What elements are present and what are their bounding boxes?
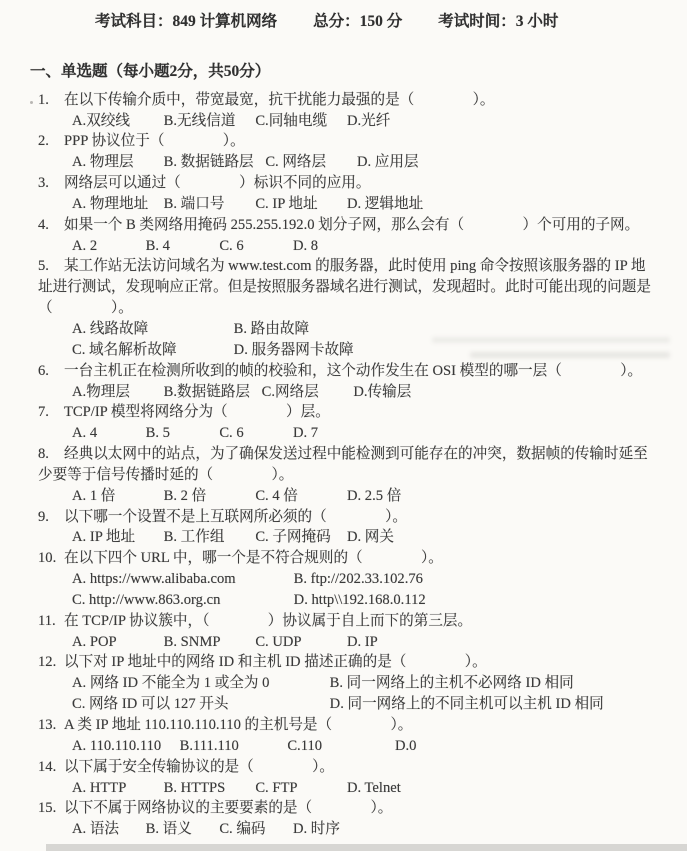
options-row: A. 4 B. 5 C. 6 D. 7 bbox=[72, 423, 687, 444]
options-row: A. 110.110.110 B.111.110 C.110 D.0 bbox=[72, 736, 687, 757]
option-a: A. 1 倍 bbox=[72, 486, 152, 507]
question-text: 某工作站无法访问域名为 www.test.com 的服务器，此时使用 ping … bbox=[38, 258, 651, 316]
option-c: C. 网络层 bbox=[265, 152, 345, 173]
question-number: 4. bbox=[38, 215, 64, 236]
option-a: A. IP 地址 bbox=[72, 527, 152, 548]
option-b: B. 数据链路层 bbox=[164, 152, 254, 173]
question-stem: 14.以下属于安全传输协议的是（ ）。 bbox=[38, 757, 659, 778]
options-row: A. https://www.alibaba.com B. ftp://202.… bbox=[72, 569, 687, 590]
option-d: D. IP bbox=[347, 632, 378, 653]
option-a: A. HTTP bbox=[72, 778, 152, 799]
exam-page: 考试科目：849 计算机网络 总分：150 分 考试时间：3 小时 一、单选题（… bbox=[0, 0, 687, 851]
question-text: 以下对 IP 地址中的网络 ID 和主机 ID 描述正确的是（ ）。 bbox=[64, 654, 487, 670]
option-b: B. 4 bbox=[146, 236, 208, 257]
question-text: 在 TCP/IP 协议簇中，（ ）协议属于自上而下的第三层。 bbox=[64, 613, 472, 629]
question-text: 在以下传输介质中，带宽最宽，抗干扰能力最强的是（ ）。 bbox=[64, 92, 495, 108]
options-row: C. http://www.863.org.cn D. http\\192.16… bbox=[72, 590, 687, 611]
question-5: 5.某工作站无法访问域名为 www.test.com 的服务器，此时使用 pin… bbox=[0, 256, 687, 360]
question-4: 4.如果一个 B 类网络用掩码 255.255.192.0 划分子网，那么会有（… bbox=[0, 215, 687, 257]
question-stem: 10.在以下四个 URL 中，哪一个是不符合规则的（ ）。 bbox=[38, 548, 659, 569]
question-number: 14. bbox=[38, 757, 64, 778]
option-d: D. 2.5 倍 bbox=[347, 486, 401, 507]
option-b: B. 同一网络上的主机不必网络 ID 相同 bbox=[330, 673, 574, 694]
option-c: C. 编码 bbox=[219, 819, 281, 840]
option-a: A. 线路故障 bbox=[72, 319, 222, 340]
scan-bleedthrough-artifact bbox=[470, 352, 670, 358]
question-number: 3. bbox=[38, 173, 64, 194]
question-number: 5. bbox=[38, 256, 64, 277]
question-number: 10. bbox=[38, 548, 64, 569]
question-number: 9. bbox=[38, 507, 64, 528]
options-row: A. 1 倍 B. 2 倍 C. 4 倍 D. 2.5 倍 bbox=[72, 486, 687, 507]
option-c: C. 6 bbox=[219, 423, 281, 444]
question-14: 14.以下属于安全传输协议的是（ ）。 A. HTTP B. HTTPS C. … bbox=[0, 757, 687, 799]
question-8: 8.经典以太网中的站点，为了确保发送过程中能检测到可能存在的冲突，数据帧的传输时… bbox=[0, 444, 687, 507]
option-a: A. 物理地址 bbox=[72, 194, 152, 215]
option-a: A. POP bbox=[72, 632, 152, 653]
question-number: 8. bbox=[38, 444, 64, 465]
options-row: A. IP 地址 B. 工作组 C. 子网掩码 D. 网关 bbox=[72, 527, 687, 548]
options-row: A. 物理层 B. 数据链路层 C. 网络层 D. 应用层 bbox=[72, 152, 687, 173]
options-row: A. 2 B. 4 C. 6 D. 8 bbox=[72, 236, 687, 257]
question-list: 1.在以下传输介质中，带宽最宽，抗干扰能力最强的是（ ）。 A.双绞线 B.无线… bbox=[0, 90, 687, 840]
option-b: B. 2 倍 bbox=[164, 486, 244, 507]
question-13: 13.A 类 IP 地址 110.110.110.110 的主机号是（ ）。 A… bbox=[0, 715, 687, 757]
question-stem: 11.在 TCP/IP 协议簇中，（ ）协议属于自上而下的第三层。 bbox=[38, 611, 659, 632]
question-2: 2.PPP 协议位于（ ）。 A. 物理层 B. 数据链路层 C. 网络层 D.… bbox=[0, 131, 687, 173]
scan-bleedthrough-artifact bbox=[432, 337, 670, 343]
option-d: D. 网关 bbox=[347, 527, 394, 548]
option-a: A. 物理层 bbox=[72, 152, 152, 173]
question-stem: 3.网络层可以通过（ ）标识不同的应用。 bbox=[38, 173, 659, 194]
options-row: A.物理层 B.数据链路层 C.网络层 D.传输层 bbox=[72, 382, 687, 403]
option-c: C.110 bbox=[287, 736, 383, 757]
question-stem: 12.以下对 IP 地址中的网络 ID 和主机 ID 描述正确的是（ ）。 bbox=[38, 652, 659, 673]
option-d: D. http\\192.168.0.112 bbox=[294, 590, 426, 611]
option-a: A. 网络 ID 不能全为 1 或全为 0 bbox=[72, 673, 318, 694]
option-c: C. http://www.863.org.cn bbox=[72, 590, 282, 611]
question-number: 11. bbox=[38, 611, 64, 632]
question-15: 15.以下不属于网络协议的主要要素的是（ ）。 A. 语法 B. 语义 C. 编… bbox=[0, 798, 687, 840]
options-row: A. 物理地址 B. 端口号 C. IP 地址 D. 逻辑地址 bbox=[72, 194, 687, 215]
question-11: 11.在 TCP/IP 协议簇中，（ ）协议属于自上而下的第三层。 A. POP… bbox=[0, 611, 687, 653]
question-text: 如果一个 B 类网络用掩码 255.255.192.0 划分子网，那么会有（ ）… bbox=[64, 217, 639, 233]
option-c: C. 子网掩码 bbox=[255, 527, 335, 548]
options-row: A. 网络 ID 不能全为 1 或全为 0 B. 同一网络上的主机不必网络 ID… bbox=[72, 673, 687, 694]
option-d: D. 同一网络上的不同主机可以主机 ID 相同 bbox=[330, 694, 604, 715]
question-text: 网络层可以通过（ ）标识不同的应用。 bbox=[64, 175, 370, 191]
option-d: D. 服务器网卡故障 bbox=[234, 340, 354, 361]
option-d: D. Telnet bbox=[347, 778, 401, 799]
question-9: 9.以下哪一个设置不是上互联网所必须的（ ）。 A. IP 地址 B. 工作组 … bbox=[0, 507, 687, 549]
option-b: B. 语义 bbox=[146, 819, 208, 840]
option-b: B.数据链路层 bbox=[164, 382, 250, 403]
question-stem: 5.某工作站无法访问域名为 www.test.com 的服务器，此时使用 pin… bbox=[38, 256, 659, 319]
question-stem: 6.一台主机正在检测所收到的帧的校验和，这个动作发生在 OSI 模型的哪一层（ … bbox=[38, 361, 659, 382]
option-a: A.物理层 bbox=[72, 382, 152, 403]
scan-speck bbox=[30, 101, 33, 104]
scan-edge-shadow bbox=[46, 844, 687, 851]
question-text: 以下属于安全传输协议的是（ ）。 bbox=[64, 759, 334, 775]
option-a: A. https://www.alibaba.com bbox=[72, 569, 282, 590]
option-d: D. 逻辑地址 bbox=[347, 194, 423, 215]
question-text: PPP 协议位于（ ）。 bbox=[64, 133, 245, 149]
question-number: 6. bbox=[38, 361, 64, 382]
option-c: C. 域名解析故障 bbox=[72, 340, 222, 361]
question-number: 2. bbox=[38, 131, 64, 152]
options-row: A. POP B. SNMP C. UDP D. IP bbox=[72, 632, 687, 653]
exam-duration: 考试时间：3 小时 bbox=[438, 12, 558, 33]
question-10: 10.在以下四个 URL 中，哪一个是不符合规则的（ ）。 A. https:/… bbox=[0, 548, 687, 611]
question-3: 3.网络层可以通过（ ）标识不同的应用。 A. 物理地址 B. 端口号 C. I… bbox=[0, 173, 687, 215]
option-d: D. 时序 bbox=[293, 819, 340, 840]
option-b: B. 路由故障 bbox=[234, 319, 309, 340]
question-stem: 4.如果一个 B 类网络用掩码 255.255.192.0 划分子网，那么会有（… bbox=[38, 215, 659, 236]
question-text: TCP/IP 模型将网络分为（ ）层。 bbox=[64, 404, 330, 420]
exam-header: 考试科目：849 计算机网络 总分：150 分 考试时间：3 小时 bbox=[0, 0, 687, 33]
question-text: 以下不属于网络协议的主要要素的是（ ）。 bbox=[64, 800, 392, 816]
option-d: D.0 bbox=[395, 736, 417, 757]
option-d: D. 7 bbox=[293, 423, 318, 444]
question-12: 12.以下对 IP 地址中的网络 ID 和主机 ID 描述正确的是（ ）。 A.… bbox=[0, 652, 687, 715]
option-d: D.传输层 bbox=[353, 382, 411, 403]
question-7: 7.TCP/IP 模型将网络分为（ ）层。 A. 4 B. 5 C. 6 D. … bbox=[0, 402, 687, 444]
question-stem: 8.经典以太网中的站点，为了确保发送过程中能检测到可能存在的冲突，数据帧的传输时… bbox=[38, 444, 659, 486]
options-row: A. 语法 B. 语义 C. 编码 D. 时序 bbox=[72, 819, 687, 840]
option-b: B. 5 bbox=[146, 423, 208, 444]
option-b: B. 工作组 bbox=[164, 527, 244, 548]
option-c: C. 6 bbox=[219, 236, 281, 257]
question-text: 在以下四个 URL 中，哪一个是不符合规则的（ ）。 bbox=[64, 550, 443, 566]
exam-total-score: 总分：150 分 bbox=[313, 12, 402, 33]
question-number: 1. bbox=[38, 90, 64, 111]
option-b: B. SNMP bbox=[164, 632, 244, 653]
option-d: D. 应用层 bbox=[357, 152, 419, 173]
option-a: A. 110.110.110 bbox=[72, 736, 168, 757]
option-a: A.双绞线 bbox=[72, 111, 152, 132]
option-b: B. 端口号 bbox=[164, 194, 244, 215]
option-d: D. 8 bbox=[293, 236, 318, 257]
option-c: C.同轴电缆 bbox=[255, 111, 335, 132]
option-c: C. UDP bbox=[255, 632, 335, 653]
option-b: B.无线信道 bbox=[164, 111, 244, 132]
question-stem: 9.以下哪一个设置不是上互联网所必须的（ ）。 bbox=[38, 507, 659, 528]
option-c: C. 网络 ID 可以 127 开头 bbox=[72, 694, 318, 715]
option-c: C. IP 地址 bbox=[255, 194, 335, 215]
question-number: 7. bbox=[38, 402, 64, 423]
option-b: B.111.110 bbox=[180, 736, 276, 757]
question-text: A 类 IP 地址 110.110.110.110 的主机号是（ ）。 bbox=[64, 717, 412, 733]
question-text: 一台主机正在检测所收到的帧的校验和，这个动作发生在 OSI 模型的哪一层（ ）。 bbox=[64, 363, 642, 379]
option-d: D.光纤 bbox=[347, 111, 390, 132]
option-b: B. HTTPS bbox=[164, 778, 244, 799]
question-number: 12. bbox=[38, 652, 64, 673]
options-row: C. 网络 ID 可以 127 开头 D. 同一网络上的不同主机可以主机 ID … bbox=[72, 694, 687, 715]
option-a: A. 语法 bbox=[72, 819, 134, 840]
exam-subject: 考试科目：849 计算机网络 bbox=[95, 12, 277, 33]
question-1: 1.在以下传输介质中，带宽最宽，抗干扰能力最强的是（ ）。 A.双绞线 B.无线… bbox=[0, 90, 687, 132]
question-text: 以下哪一个设置不是上互联网所必须的（ ）。 bbox=[64, 509, 407, 525]
option-a: A. 2 bbox=[72, 236, 134, 257]
question-6: 6.一台主机正在检测所收到的帧的校验和，这个动作发生在 OSI 模型的哪一层（ … bbox=[0, 361, 687, 403]
question-number: 13. bbox=[38, 715, 64, 736]
question-stem: 15.以下不属于网络协议的主要要素的是（ ）。 bbox=[38, 798, 659, 819]
question-stem: 13.A 类 IP 地址 110.110.110.110 的主机号是（ ）。 bbox=[38, 715, 659, 736]
question-stem: 1.在以下传输介质中，带宽最宽，抗干扰能力最强的是（ ）。 bbox=[38, 90, 659, 111]
option-c: C. 4 倍 bbox=[255, 486, 335, 507]
option-b: B. ftp://202.33.102.76 bbox=[294, 569, 423, 590]
question-text: 经典以太网中的站点，为了确保发送过程中能检测到可能存在的冲突，数据帧的传输时延至… bbox=[38, 446, 648, 483]
question-stem: 2.PPP 协议位于（ ）。 bbox=[38, 131, 659, 152]
option-c: C. FTP bbox=[255, 778, 335, 799]
option-a: A. 4 bbox=[72, 423, 134, 444]
options-row: A.双绞线 B.无线信道 C.同轴电缆 D.光纤 bbox=[72, 111, 687, 132]
question-stem: 7.TCP/IP 模型将网络分为（ ）层。 bbox=[38, 402, 659, 423]
section-title: 一、单选题（每小题2分，共50分） bbox=[30, 62, 687, 83]
question-number: 15. bbox=[38, 798, 64, 819]
options-row: A. HTTP B. HTTPS C. FTP D. Telnet bbox=[72, 778, 687, 799]
option-c: C.网络层 bbox=[262, 382, 342, 403]
